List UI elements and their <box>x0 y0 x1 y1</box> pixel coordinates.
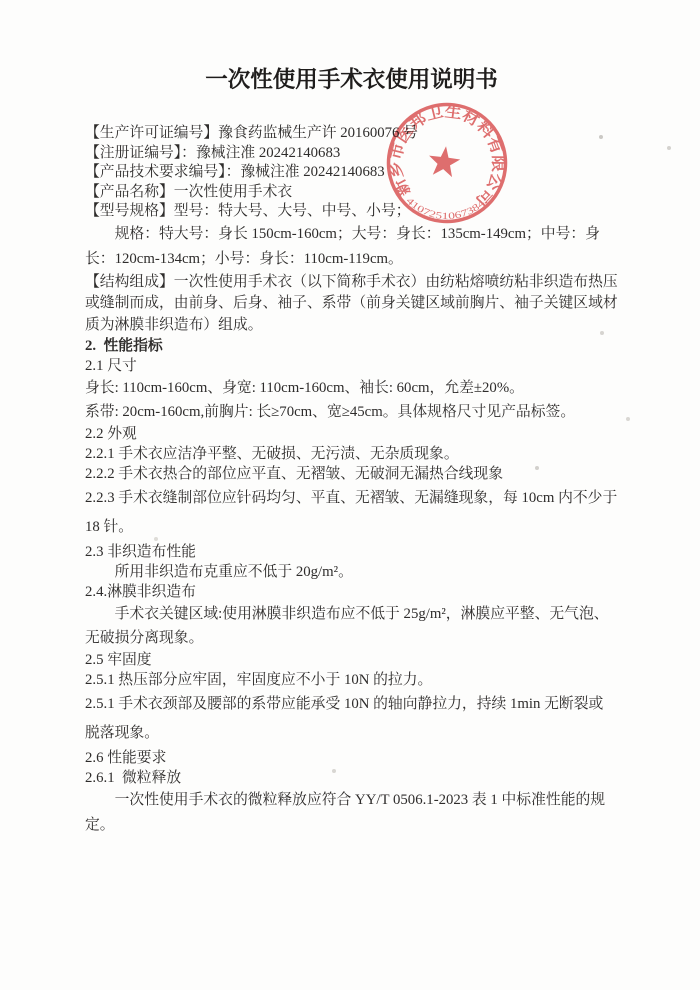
section-2-4-heading: 2.4.淋膜非织造布 <box>85 582 618 602</box>
clause-2-4-body: 手术衣关键区域:使用淋膜非织造布应不低于 25g/m²，淋膜应平整、无气泡、无破… <box>85 602 618 650</box>
product-name-line: 【产品名称】一次性使用手术衣 <box>85 183 618 203</box>
registration-header-block: 【生产许可证编号】豫食药监械生产许 20160076 号 【注册证编号】：豫械注… <box>85 124 618 222</box>
section-2-6-1-heading: 2.6.1 微粒释放 <box>85 768 618 788</box>
dimensions-line-1: 身长: 110cm-160cm、身宽: 110cm-160cm、袖长: 60cm… <box>85 376 618 400</box>
section-2-6-heading: 2.6 性能要求 <box>85 748 618 768</box>
clause-2-2-2: 2.2.2 手术衣热合的部位应平直、无褶皱、无破洞无漏热合线现象 <box>85 464 618 484</box>
dimensions-line-2: 系带: 20cm-160cm,前胸片: 长≥70cm、宽≥45cm。具体规格尺寸… <box>85 400 618 424</box>
section-2-1-heading: 2.1 尺寸 <box>85 356 618 376</box>
scan-noise-specks <box>0 0 2 2</box>
clause-2-6-1-body: 一次性使用手术衣的微粒释放应符合 YY/T 0506.1-2023 表 1 中标… <box>85 788 618 838</box>
document-body: 一次性使用手术衣使用说明书 【生产许可证编号】豫食药监械生产许 20160076… <box>0 64 700 838</box>
clause-2-5-1-b: 2.5.1 手术衣颈部及腰部的系带应能承受 10N 的轴向静拉力，持续 1min… <box>85 690 618 748</box>
section-2-5-heading: 2.5 牢固度 <box>85 650 618 670</box>
clause-2-2-1: 2.2.1 手术衣应洁净平整、无破损、无污渍、无杂质现象。 <box>85 444 618 464</box>
production-license-line: 【生产许可证编号】豫食药监械生产许 20160076 号 <box>85 124 618 144</box>
page-title: 一次性使用手术衣使用说明书 <box>85 64 618 96</box>
clause-2-5-1-a: 2.5.1 热压部分应牢固，牢固度应不小于 10N 的拉力。 <box>85 670 618 690</box>
composition-paragraph: 【结构组成】一次性使用手术衣（以下简称手术衣）由纺粘熔喷纺粘非织造布热压或缝制而… <box>85 272 618 337</box>
technical-requirement-line: 【产品技术要求编号】：豫械注准 20242140683 <box>85 163 618 183</box>
size-spec-paragraph: 规格：特大号：身长 150cm-160cm；大号：身长：135cm-149cm；… <box>85 222 618 272</box>
section-2-3-heading: 2.3 非织造布性能 <box>85 542 618 562</box>
registration-cert-line: 【注册证编号】：豫械注准 20242140683 <box>85 144 618 164</box>
section-2-heading: 2. 性能指标 <box>85 336 618 356</box>
scanned-document-page: { "doc": { "title": "一次性使用手术衣使用说明书", "he… <box>0 0 700 990</box>
clause-2-2-3: 2.2.3 手术衣缝制部位应针码均匀、平直、无褶皱、无漏缝现象，每 10cm 内… <box>85 484 618 542</box>
section-2-2-heading: 2.2 外观 <box>85 424 618 444</box>
model-spec-line: 【型号规格】型号：特大号、大号、中号、小号； <box>85 202 618 222</box>
clause-2-3-body: 所用非织造布克重应不低于 20g/m²。 <box>85 562 618 582</box>
